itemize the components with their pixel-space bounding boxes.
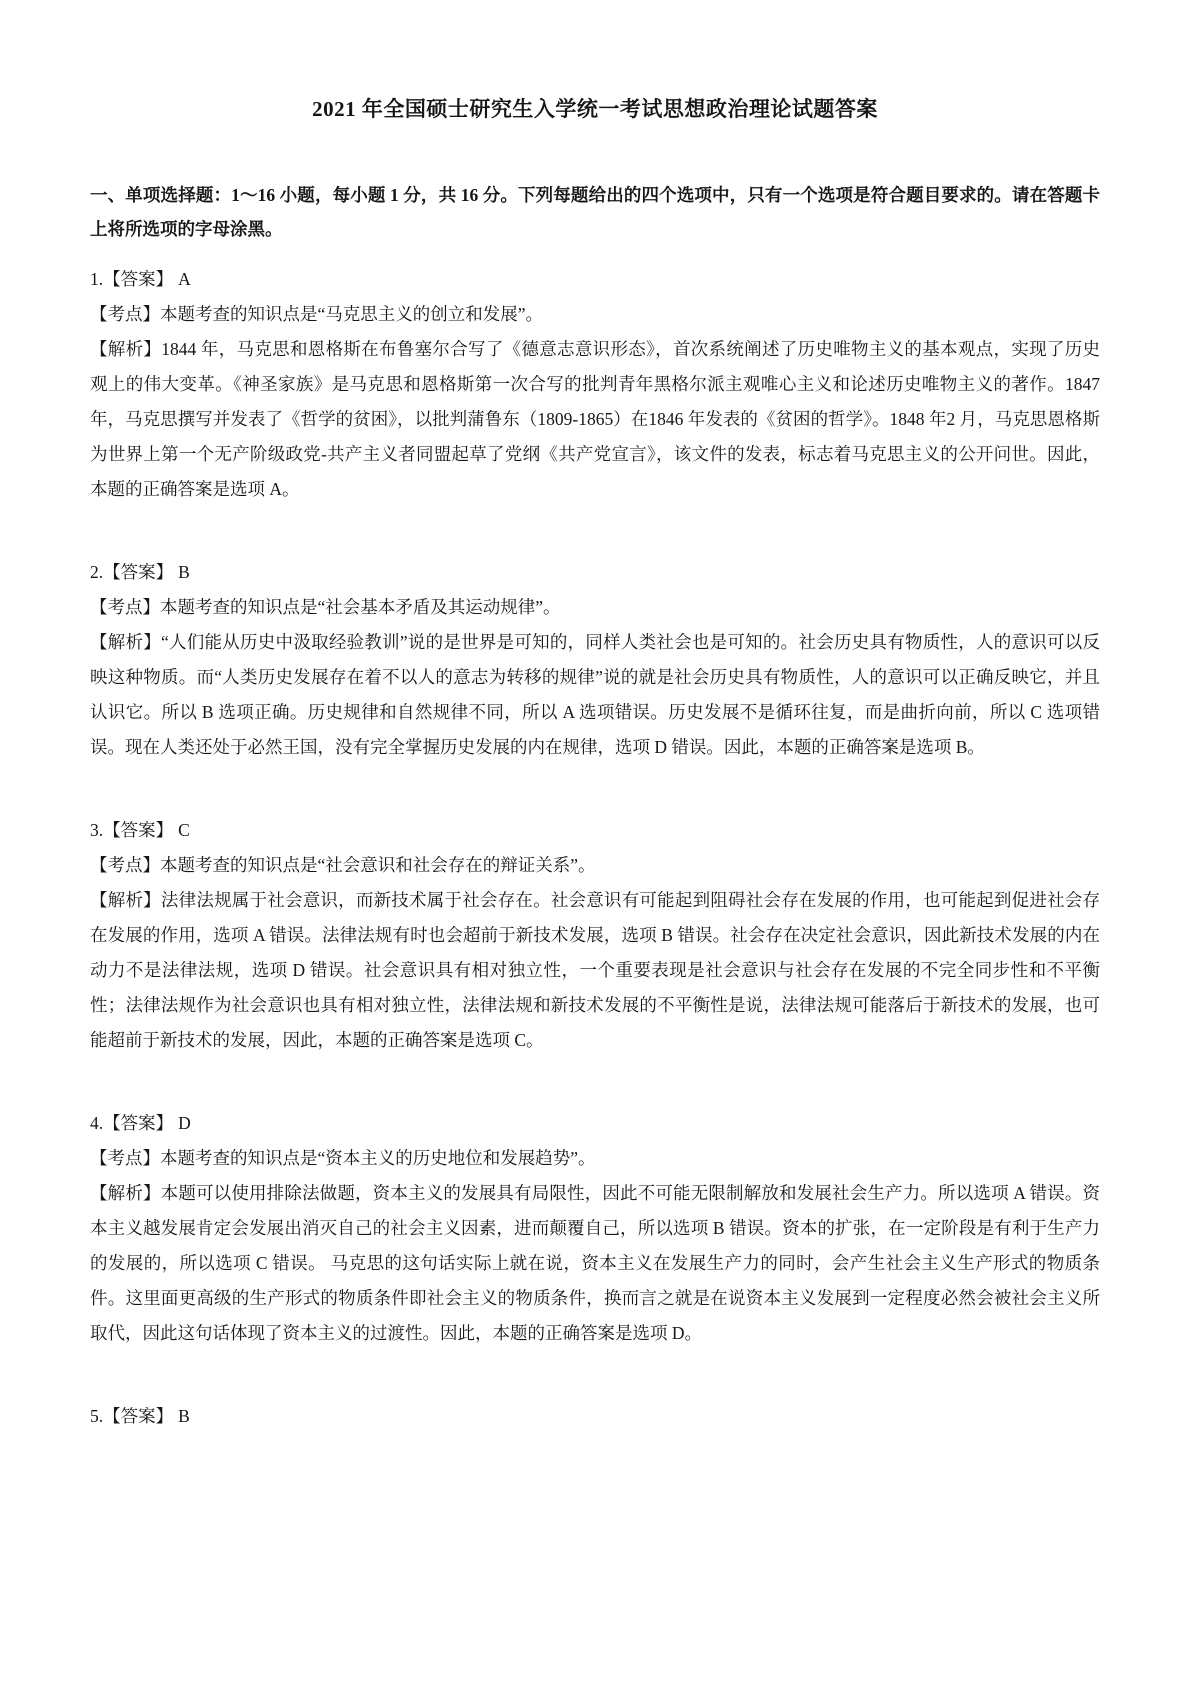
exam-point-label: 【考点】 [90, 304, 160, 324]
exam-point-line: 【考点】本题考查的知识点是“社会意识和社会存在的辩证关系”。 [90, 848, 1100, 883]
question-number: 4. [90, 1113, 103, 1133]
answer-line: 2.【答案】B [90, 555, 1100, 590]
question-number: 3. [90, 820, 103, 840]
answer-label: 【答案】 [103, 820, 173, 840]
exam-point-label: 【考点】 [90, 855, 160, 875]
section-heading: 一、单项选择题：1～16 小题，每小题 1 分，共 16 分。下列每题给出的四个… [90, 178, 1100, 246]
analysis-label: 【解析】 [90, 890, 161, 910]
analysis-text: 本题可以使用排除法做题，资本主义的发展具有局限性，因此不可能无限制解放和发展社会… [90, 1183, 1100, 1343]
exam-point-text: 本题考查的知识点是“社会意识和社会存在的辩证关系”。 [160, 855, 596, 875]
exam-point-text: 本题考查的知识点是“资本主义的历史地位和发展趋势”。 [160, 1148, 596, 1168]
analysis-text: “人们能从历史中汲取经验教训”说的是世界是可知的，同样人类社会也是可知的。社会历… [90, 632, 1100, 757]
question-block-4: 4.【答案】D 【考点】本题考查的知识点是“资本主义的历史地位和发展趋势”。 【… [90, 1106, 1100, 1351]
document-page: { "document": { "title": "2021 年全国硕士研究生入… [0, 0, 1190, 1683]
answer-line: 5.【答案】B [90, 1399, 1100, 1434]
exam-point-line: 【考点】本题考查的知识点是“资本主义的历史地位和发展趋势”。 [90, 1141, 1100, 1176]
answer-label: 【答案】 [103, 269, 173, 289]
page-title: 2021 年全国硕士研究生入学统一考试思想政治理论试题答案 [90, 94, 1100, 124]
answer-label: 【答案】 [103, 1406, 173, 1426]
answer-value: B [178, 562, 190, 582]
analysis-paragraph: 【解析】1844 年，马克思和恩格斯在布鲁塞尔合写了《德意志意识形态》，首次系统… [90, 332, 1100, 507]
analysis-text: 法律法规属于社会意识，而新技术属于社会存在。社会意识有可能起到阻碍社会存在发展的… [90, 890, 1100, 1050]
question-number: 2. [90, 562, 103, 582]
question-block-3: 3.【答案】C 【考点】本题考查的知识点是“社会意识和社会存在的辩证关系”。 【… [90, 813, 1100, 1058]
analysis-paragraph: 【解析】法律法规属于社会意识，而新技术属于社会存在。社会意识有可能起到阻碍社会存… [90, 883, 1100, 1058]
analysis-paragraph: 【解析】“人们能从历史中汲取经验教训”说的是世界是可知的，同样人类社会也是可知的… [90, 625, 1100, 765]
question-block-1: 1.【答案】A 【考点】本题考查的知识点是“马克思主义的创立和发展”。 【解析】… [90, 262, 1100, 507]
answer-line: 4.【答案】D [90, 1106, 1100, 1141]
question-block-2: 2.【答案】B 【考点】本题考查的知识点是“社会基本矛盾及其运动规律”。 【解析… [90, 555, 1100, 765]
question-number: 1. [90, 269, 103, 289]
answer-value: C [178, 820, 190, 840]
analysis-label: 【解析】 [90, 339, 161, 359]
question-block-5: 5.【答案】B [90, 1399, 1100, 1434]
analysis-paragraph: 【解析】本题可以使用排除法做题，资本主义的发展具有局限性，因此不可能无限制解放和… [90, 1176, 1100, 1351]
answer-label: 【答案】 [103, 1113, 173, 1133]
exam-point-line: 【考点】本题考查的知识点是“马克思主义的创立和发展”。 [90, 297, 1100, 332]
answer-label: 【答案】 [103, 562, 173, 582]
exam-point-text: 本题考查的知识点是“马克思主义的创立和发展”。 [160, 304, 543, 324]
analysis-text: 1844 年，马克思和恩格斯在布鲁塞尔合写了《德意志意识形态》，首次系统阐述了历… [90, 339, 1100, 499]
exam-point-line: 【考点】本题考查的知识点是“社会基本矛盾及其运动规律”。 [90, 590, 1100, 625]
question-number: 5. [90, 1406, 103, 1426]
exam-point-text: 本题考查的知识点是“社会基本矛盾及其运动规律”。 [160, 597, 561, 617]
exam-point-label: 【考点】 [90, 1148, 160, 1168]
exam-point-label: 【考点】 [90, 597, 160, 617]
answer-value: B [178, 1406, 190, 1426]
analysis-label: 【解析】 [90, 1183, 161, 1203]
answer-value: A [178, 269, 191, 289]
answer-value: D [178, 1113, 191, 1133]
analysis-label: 【解析】 [90, 632, 161, 652]
answer-line: 1.【答案】A [90, 262, 1100, 297]
answer-line: 3.【答案】C [90, 813, 1100, 848]
